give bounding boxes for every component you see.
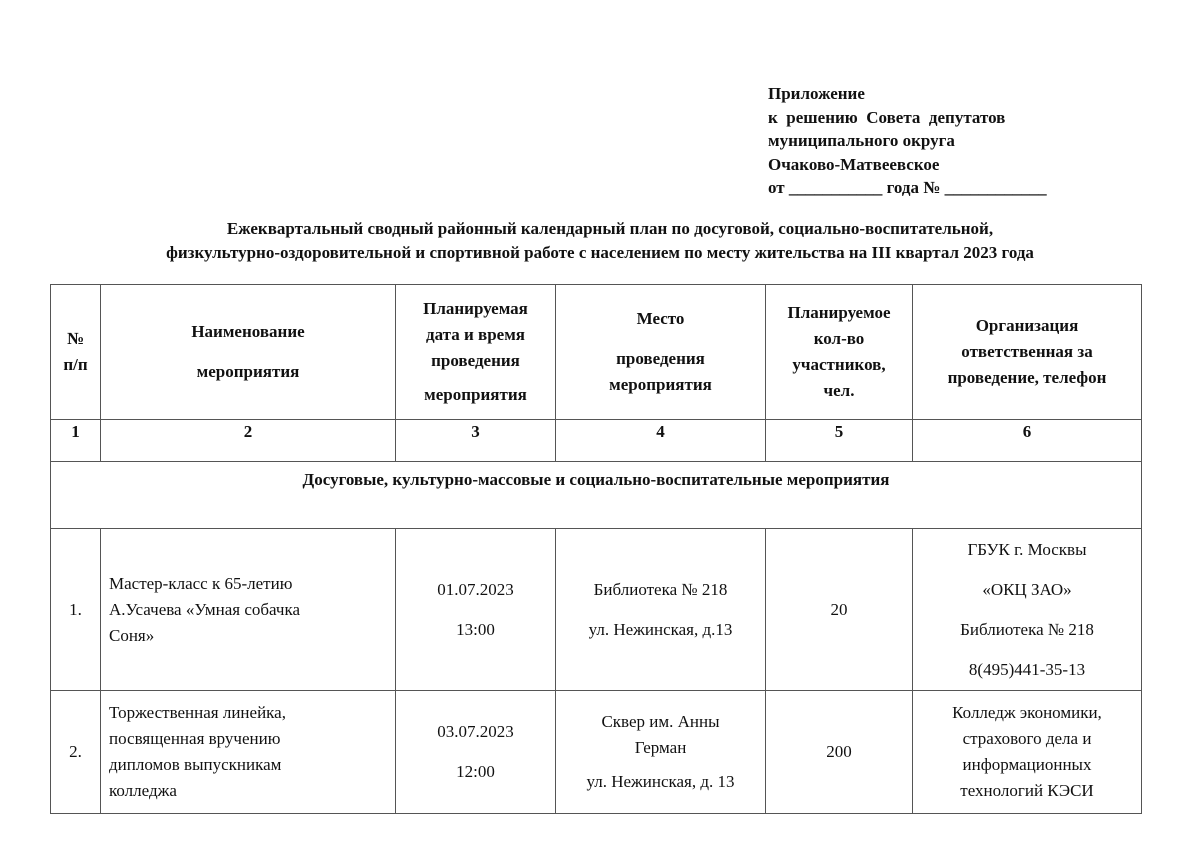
row-num: 1. [51, 529, 101, 691]
appendix-line: от ___________ года № ____________ [768, 176, 1047, 200]
events-table: № п/п Наименование мероприятия Планируем… [50, 284, 1142, 814]
event-name: Мастер-класс к 65-летию А.Усачева «Умная… [101, 529, 396, 691]
column-number: 1 [51, 420, 101, 462]
header-num: № п/п [51, 285, 101, 420]
event-org: Колледж экономики, страхового дела и инф… [913, 691, 1142, 814]
table-row: 2. Торжественная линейка, посвященная вр… [51, 691, 1142, 814]
document-title: Ежеквартальный сводный районный календар… [0, 217, 1200, 265]
event-name: Торжественная линейка, посвященная вруче… [101, 691, 396, 814]
event-place: Сквер им. Анны Герман ул. Нежинская, д. … [556, 691, 766, 814]
column-number: 4 [556, 420, 766, 462]
table-row: 1. Мастер-класс к 65-летию А.Усачева «Ум… [51, 529, 1142, 691]
event-datetime: 03.07.2023 12:00 [396, 691, 556, 814]
table-header-row: № п/п Наименование мероприятия Планируем… [51, 285, 1142, 420]
event-place: Библиотека № 218 ул. Нежинская, д.13 [556, 529, 766, 691]
appendix-line: Очаково-Матвеевское [768, 153, 1047, 177]
section-row: Досуговые, культурно-массовые и социальн… [51, 462, 1142, 529]
header-name: Наименование мероприятия [101, 285, 396, 420]
title-line-1: Ежеквартальный сводный районный календар… [0, 217, 1200, 241]
column-number: 6 [913, 420, 1142, 462]
header-place: Место проведения мероприятия [556, 285, 766, 420]
appendix-line: Приложение [768, 82, 1047, 106]
column-number: 3 [396, 420, 556, 462]
event-count: 20 [766, 529, 913, 691]
event-org: ГБУК г. Москвы «ОКЦ ЗАО» Библиотека № 21… [913, 529, 1142, 691]
header-date: Планируемая дата и время проведения меро… [396, 285, 556, 420]
header-count: Планируемое кол-во участников, чел. [766, 285, 913, 420]
header-org: Организация ответственная за проведение,… [913, 285, 1142, 420]
title-line-2: физкультурно-оздоровительной и спортивно… [0, 241, 1200, 265]
event-count: 200 [766, 691, 913, 814]
event-datetime: 01.07.2023 13:00 [396, 529, 556, 691]
row-num: 2. [51, 691, 101, 814]
appendix-line: муниципального округа [768, 129, 1047, 153]
section-title: Досуговые, культурно-массовые и социальн… [51, 462, 1142, 529]
appendix-block: Приложение к решению Совета депутатов му… [768, 82, 1047, 200]
column-number-row: 1 2 3 4 5 6 [51, 420, 1142, 462]
column-number: 5 [766, 420, 913, 462]
appendix-line: к решению Совета депутатов [768, 106, 1047, 130]
column-number: 2 [101, 420, 396, 462]
